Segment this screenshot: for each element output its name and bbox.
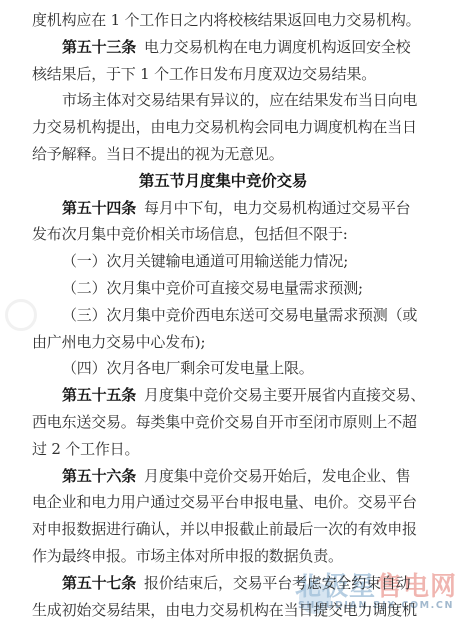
article-number: 第五十五条 [62,386,136,404]
line-text: 电力交易机构在电力调度机构返回安全校 [144,38,410,56]
line-text: （三）次月集中竞价西电东送可交易电量需求预测（或 [62,306,417,324]
line-text: 西电东送交易。每类集中竞价交易自开市至闭市原则上不超 [32,413,417,431]
text-line: 发布次月集中竞价相关市场信息，包括但不限于: [32,221,414,248]
document-text-block: 度机构应在 1 个工作日之内将校核结果返回电力交易机构。 第五十三条电力交易机构… [32,7,414,623]
line-text: 核结果后，于下 1 个工作日发布月度双边交易结果。 [32,65,376,83]
line-text: 电企业和电力用户通过交易平台申报电量、电价。交易平台 [32,493,417,511]
text-line: 度机构应在 1 个工作日之内将校核结果返回电力交易机构。 [32,7,414,34]
text-line-item-4: （四）次月各电厂剩余可发电量上限。 [32,355,414,382]
text-line: 作为最终申报。市场主体对所申报的数据负责。 [32,543,414,570]
line-text: 月度集中竞价交易主要开展省内直接交易、 [144,386,425,404]
line-text: （一）次月关键输电通道可用输送能力情况; [62,252,348,270]
text-line-article-53: 第五十三条电力交易机构在电力调度机构返回安全校 [32,34,414,61]
text-line-item-2: （二）次月集中竞价可直接交易电量需求预测; [32,275,414,302]
line-text: 由广州电力交易中心发布); [32,333,205,351]
text-line-item-3: （三）次月集中竞价西电东送可交易电量需求预测（或 [32,302,414,329]
line-text: 市场主体对交易结果有异议的，应在结果发布当日向电 [62,91,417,109]
text-line: 力交易机构提出，由电力交易机构会同电力调度机构在当日 [32,114,414,141]
text-line-article-54: 第五十四条每月中下旬，电力交易机构通过交易平台 [32,195,414,222]
line-text: 发布次月集中竞价相关市场信息，包括但不限于: [32,225,348,243]
line-text: 月度集中竞价交易开始后，发电企业、售 [144,467,410,485]
line-text: 给予解释。当日不提出的视为无意见。 [32,145,284,163]
line-text: 生成初始交易结果，由电力交易机构在当日提交电力调度机 [32,601,417,619]
text-line-item-1: （一）次月关键输电通道可用输送能力情况; [32,248,414,275]
article-number: 第五十四条 [62,199,136,217]
text-line: 生成初始交易结果，由电力交易机构在当日提交电力调度机 [32,597,414,624]
line-text: （四）次月各电厂剩余可发电量上限。 [62,359,314,377]
article-number: 第五十七条 [62,574,136,592]
text-line-article-56: 第五十六条月度集中竞价交易开始后，发电企业、售 [32,463,414,490]
text-line: 电企业和电力用户通过交易平台申报电量、电价。交易平台 [32,489,414,516]
line-text: 报价结束后，交易平台考虑安全约束自动 [144,574,410,592]
line-text: （二）次月集中竞价可直接交易电量需求预测; [62,279,363,297]
text-line: 西电东送交易。每类集中竞价交易自开市至闭市原则上不超 [32,409,414,436]
article-number: 第五十三条 [62,38,136,56]
section-heading: 第五节月度集中竞价交易 [32,168,414,195]
line-text: 度机构应在 1 个工作日之内将校核结果返回电力交易机构。 [32,11,420,29]
text-line-article-55: 第五十五条月度集中竞价交易主要开展省内直接交易、 [32,382,414,409]
line-text: 每月中下旬，电力交易机构通过交易平台 [144,199,410,217]
text-line: 由广州电力交易中心发布); [32,329,414,356]
article-number: 第五十六条 [62,467,136,485]
text-line: 对申报数据进行确认，并以申报截止前最后一次的有效申报 [32,516,414,543]
text-line: 给予解释。当日不提出的视为无意见。 [32,141,414,168]
text-line-article-57: 第五十七条报价结束后，交易平台考虑安全约束自动 [32,570,414,597]
document-page: 度机构应在 1 个工作日之内将校核结果返回电力交易机构。 第五十三条电力交易机构… [0,0,459,629]
line-text: 对申报数据进行确认，并以申报截止前最后一次的有效申报 [32,520,417,538]
text-line: 核结果后，于下 1 个工作日发布月度双边交易结果。 [32,61,414,88]
line-text: 作为最终申报。市场主体对所申报的数据负责。 [32,547,343,565]
line-text: 力交易机构提出，由电力交易机构会同电力调度机构在当日 [32,118,417,136]
text-line: 过 2 个工作日。 [32,436,414,463]
line-text: 过 2 个工作日。 [32,440,139,458]
text-line: 市场主体对交易结果有异议的，应在结果发布当日向电 [32,87,414,114]
